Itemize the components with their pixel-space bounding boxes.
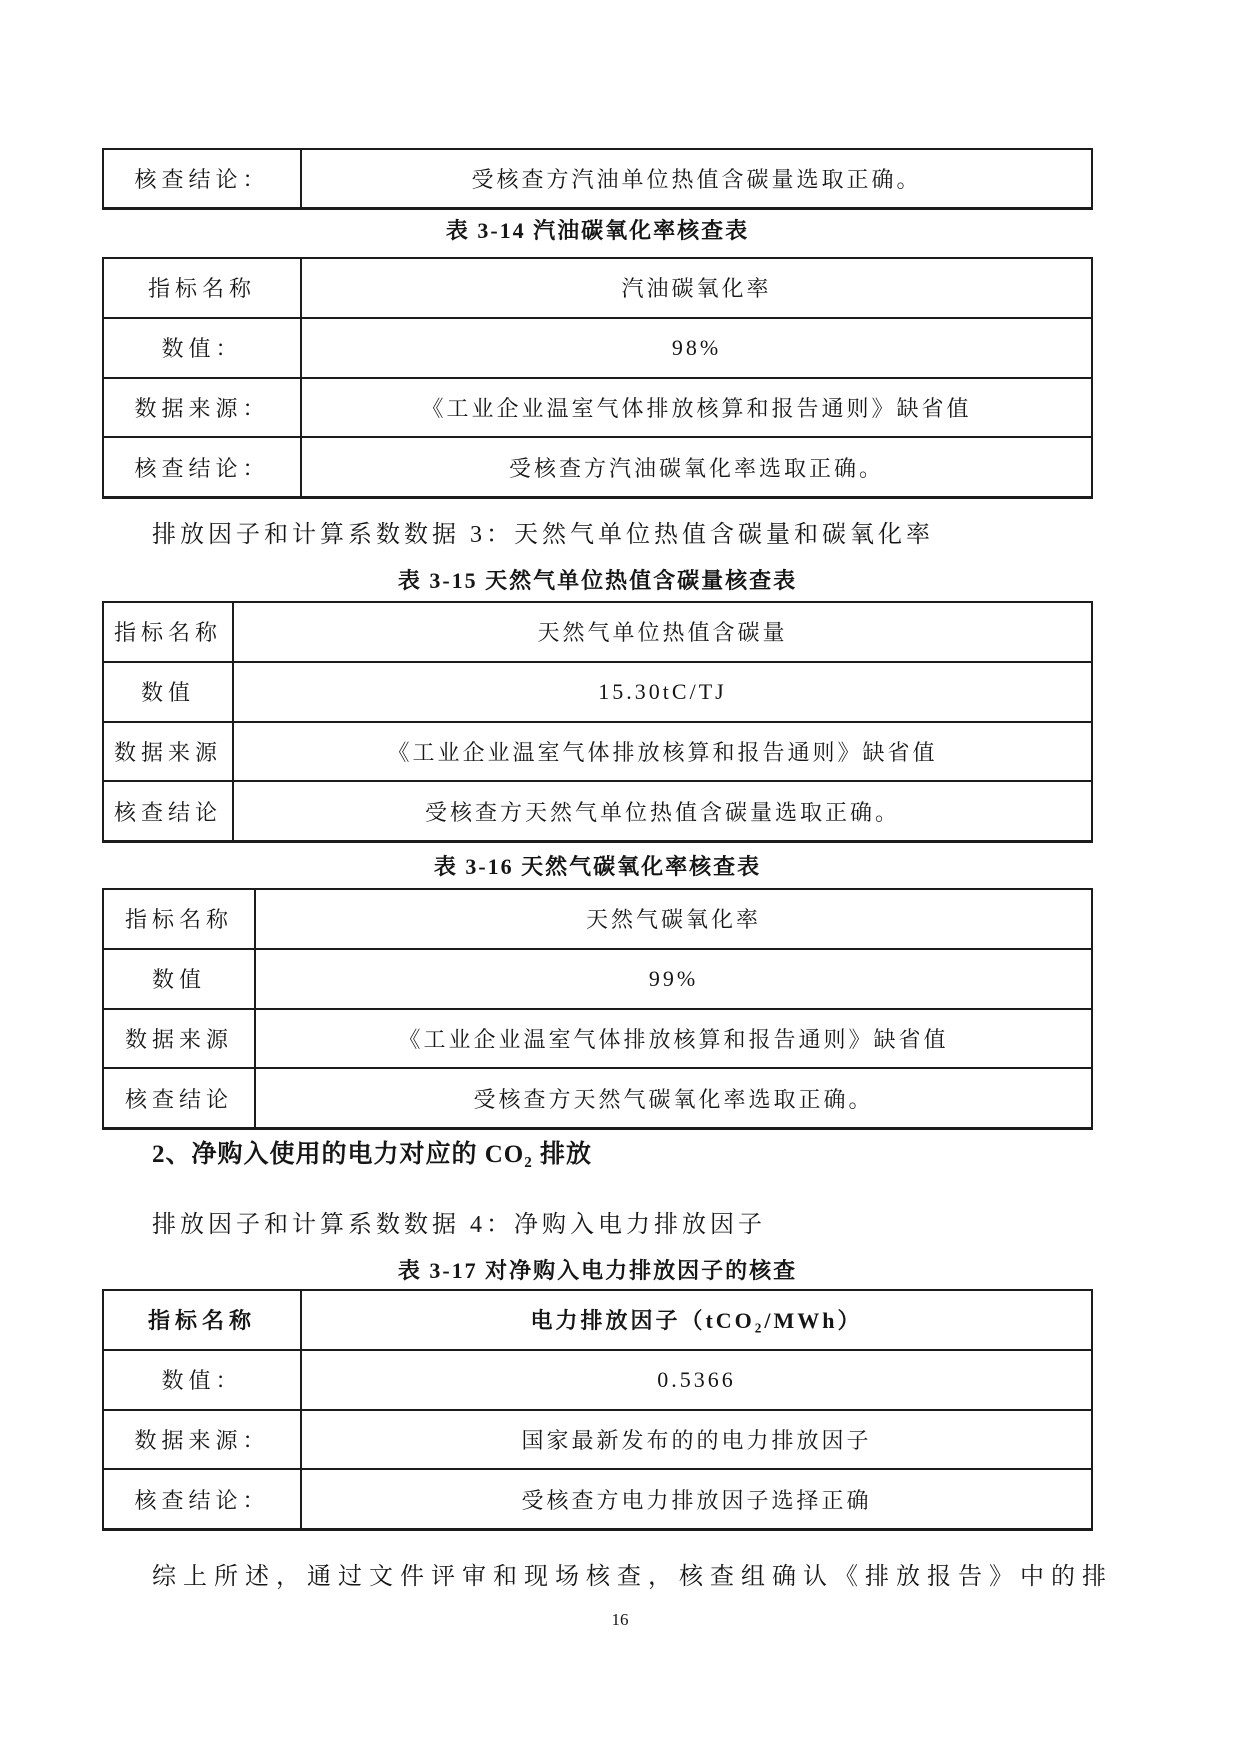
row-value: 98% [302,319,1091,377]
row-label: 核查结论： [104,1470,302,1528]
row-value: 《工业企业温室气体排放核算和报告通则》缺省值 [302,379,1091,437]
row-value: 受核查方天然气单位热值含碳量选取正确。 [234,782,1091,840]
row-label: 指标名称 [104,259,302,317]
row-label: 核查结论： [104,438,302,496]
row-label: 核查结论 [104,782,234,840]
row-label: 数据来源 [104,1010,256,1068]
row-value: 受核查方汽油碳氧化率选取正确。 [302,438,1091,496]
row-value: 受核查方汽油单位热值含碳量选取正确。 [302,150,1091,207]
table-caption-3-16: 表 3-16 天然气碳氧化率核查表 [102,852,1093,882]
row-value: 99% [256,950,1091,1008]
row-label: 核查结论： [104,150,302,207]
section-heading-electricity-co2: 2、净购入使用的电力对应的 CO₂ 排放 [102,1138,1156,1172]
table-row: 数值： 98% [104,317,1091,377]
table-caption-3-15: 表 3-15 天然气单位热值含碳量核查表 [102,566,1093,596]
row-label: 数值 [104,950,256,1008]
row-value: 国家最新发布的的电力排放因子 [302,1411,1091,1469]
table-3-17: 指标名称 电力排放因子（tCO₂/MWh） 数值： 0.5366 数据来源： 国… [102,1289,1093,1531]
row-value: 天然气单位热值含碳量 [234,603,1091,661]
row-value: 《工业企业温室气体排放核算和报告通则》缺省值 [234,723,1091,781]
document-page: 核查结论： 受核查方汽油单位热值含碳量选取正确。 表 3-14 汽油碳氧化率核查… [0,0,1240,1754]
row-label: 数值： [104,1351,302,1409]
table-row: 数值： 0.5366 [104,1349,1091,1409]
table-row: 数据来源 《工业企业温室气体排放核算和报告通则》缺省值 [104,1008,1091,1068]
row-label: 数值： [104,319,302,377]
table-row: 数值 15.30tC/TJ [104,661,1091,721]
row-label: 核查结论 [104,1069,256,1127]
table-row: 数据来源： 《工业企业温室气体排放核算和报告通则》缺省值 [104,377,1091,437]
table-row: 核查结论： 受核查方电力排放因子选择正确 [104,1468,1091,1528]
table-continued-gasoline-heat-carbon: 核查结论： 受核查方汽油单位热值含碳量选取正确。 [102,148,1093,210]
row-value: 15.30tC/TJ [234,663,1091,721]
row-label: 数值 [104,663,234,721]
table-3-15: 指标名称 天然气单位热值含碳量 数值 15.30tC/TJ 数据来源 《工业企业… [102,601,1093,843]
table-caption-3-14: 表 3-14 汽油碳氧化率核查表 [102,216,1093,246]
table-3-16: 指标名称 天然气碳氧化率 数值 99% 数据来源 《工业企业温室气体排放核算和报… [102,888,1093,1130]
page-number: 16 [0,1610,1240,1630]
table-row: 核查结论 受核查方天然气单位热值含碳量选取正确。 [104,780,1091,840]
row-label: 数据来源 [104,723,234,781]
paragraph-closing: 综上所述，通过文件评审和现场核查，核查组确认《排放报告》中的排 [102,1560,1156,1594]
row-value: 电力排放因子（tCO₂/MWh） [302,1291,1091,1349]
table-row: 指标名称 电力排放因子（tCO₂/MWh） [104,1291,1091,1349]
table-3-14: 指标名称 汽油碳氧化率 数值： 98% 数据来源： 《工业企业温室气体排放核算和… [102,257,1093,499]
row-label: 指标名称 [104,603,234,661]
row-value: 受核查方天然气碳氧化率选取正确。 [256,1069,1091,1127]
table-row: 数据来源： 国家最新发布的的电力排放因子 [104,1409,1091,1469]
row-label: 数据来源： [104,379,302,437]
table-row: 核查结论： 受核查方汽油碳氧化率选取正确。 [104,436,1091,496]
row-value: 《工业企业温室气体排放核算和报告通则》缺省值 [256,1010,1091,1068]
table-row: 核查结论： 受核查方汽油单位热值含碳量选取正确。 [104,150,1091,207]
row-label: 数据来源： [104,1411,302,1469]
table-row: 核查结论 受核查方天然气碳氧化率选取正确。 [104,1067,1091,1127]
table-row: 指标名称 天然气单位热值含碳量 [104,603,1091,661]
table-row: 数据来源 《工业企业温室气体排放核算和报告通则》缺省值 [104,721,1091,781]
row-value: 受核查方电力排放因子选择正确 [302,1470,1091,1528]
row-label: 指标名称 [104,1291,302,1349]
table-row: 数值 99% [104,948,1091,1008]
row-value: 0.5366 [302,1351,1091,1409]
paragraph-factor-data-4: 排放因子和计算系数数据 4：净购入电力排放因子 [102,1208,1156,1242]
row-value: 天然气碳氧化率 [256,890,1091,948]
paragraph-factor-data-3: 排放因子和计算系数数据 3：天然气单位热值含碳量和碳氧化率 [102,518,1156,552]
row-label: 指标名称 [104,890,256,948]
table-caption-3-17: 表 3-17 对净购入电力排放因子的核查 [102,1256,1093,1286]
table-row: 指标名称 天然气碳氧化率 [104,890,1091,948]
row-value: 汽油碳氧化率 [302,259,1091,317]
table-row: 指标名称 汽油碳氧化率 [104,259,1091,317]
